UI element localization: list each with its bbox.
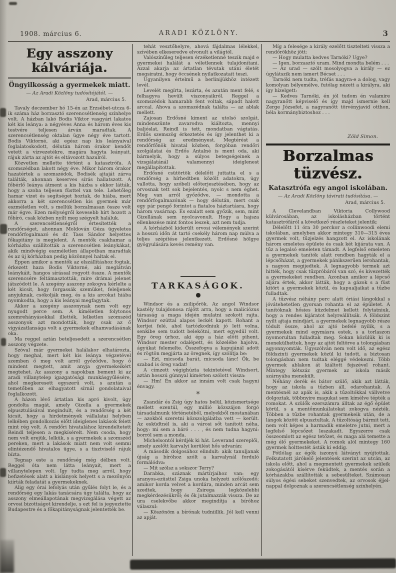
article-subtitle: Öngyilkosság a gyermekek miatt. <box>8 82 131 90</box>
tarkasagok-part2: Zsandár és Zsig úgy hatos belül, közisme… <box>137 400 259 521</box>
paragraph: — Az urad — szólt mosolyogva a király — … <box>266 66 390 77</box>
paragraph: Tavaly deczember hó 15-én az Erzsébet-ut… <box>8 106 131 161</box>
page-number: 3 <box>383 29 388 38</box>
paragraph: Éppen amikor a mentők az elszállításhoz … <box>8 260 131 304</box>
paragraph: Zajosan Erdősné kiment az utolsó szolgát… <box>137 116 259 171</box>
paragraph: Ma reggel aztán beteljesedett a szerencs… <box>8 337 131 348</box>
fire-article-title: Borzalmas tüzvész. <box>266 148 390 183</box>
dialog-continuation: Míg a felesége a király ezelőtt tisztelt… <box>266 44 390 132</box>
paragraph: A házon lévő ártatlan kis apró kivolt, ú… <box>8 397 131 458</box>
paragraph: Ugyanilyen értelmű a berlinijükhöz intéz… <box>137 77 259 88</box>
article-body-col1: Tavaly deczember hó 15-én az Erzsébet-ut… <box>8 106 131 513</box>
paragraph: Pótlólag az égők iszonyú látványt nyújto… <box>266 451 390 490</box>
masthead-rule <box>8 41 390 42</box>
paragraph: Néhány derék és bátor szülő, akik azt lá… <box>266 379 390 451</box>
article-body-col2: tehát vesztőhelyre, ahová fájdalmas léle… <box>137 44 259 272</box>
author-signature: Zöld Simon. <box>266 134 390 140</box>
section-heading: TARKASÁGOK. <box>137 281 259 291</box>
paragraph: Közvetlen mellette történt a katasztrófa… <box>8 161 131 222</box>
scan-speck <box>0 108 6 117</box>
column-2: tehát vesztőhelyre, ahová fájdalmas léle… <box>137 44 259 556</box>
paragraph: — Kedves Tarnóki, én jól tudom én valami… <box>266 94 390 116</box>
paragraph: — Köszönöm a bírónak tudniillik. Jól kel… <box>137 510 259 521</box>
column-divider <box>132 44 133 556</box>
scan-corner-smudge <box>0 540 14 573</box>
paragraph: Szóval már gyermekei halálakor elhatároz… <box>8 348 131 398</box>
newspaper-page: 1908. március 6. ARADI KÖZLÖNY. 3 Egy as… <box>0 0 396 573</box>
paragraph: A tűzvész néhány perc alatt óriási lángo… <box>266 297 390 380</box>
fire-article-byline: — Az Aradi Közlöny távirati tudósítása. … <box>266 194 390 200</box>
scan-speck <box>9 2 17 5</box>
paragraph: Valószínűleg teljesen érzéketlenné teszi… <box>137 55 259 77</box>
newspaper-title: ARADI KÖZLÖNY. <box>8 30 390 37</box>
paragraph: Zsandár és Zsig úgy hatos belül, közisme… <box>137 400 259 439</box>
fire-article-body: A Clevelandban Viktoria Collywood külvár… <box>266 209 390 490</box>
article-byline: — Az Aradi Közlöny tudósítójától. — <box>8 91 131 97</box>
paragraph: Míg a felesége a király ezelőtt tisztelt… <box>266 44 390 55</box>
paragraph: Akkor a szegény asszonynak nem volt egy … <box>8 304 131 337</box>
title-rule <box>8 78 131 79</box>
scan-bottom-bar <box>130 558 396 569</box>
column-3: Míg a felesége a király ezelőtt tisztelt… <box>266 44 390 556</box>
paragraph: Windsor és a zsilipőrök. Az angol Windso… <box>137 302 259 357</box>
scan-edge-shadow <box>0 0 7 573</box>
paragraph: A szerencsétlenségről értesítették a ren… <box>8 221 131 260</box>
paragraph: Erdősné csütörtök délelőtt juttatta el s… <box>137 171 259 226</box>
scan-speck <box>1 338 6 346</box>
scan-speck <box>0 224 7 234</box>
paragraph: — Ezt, micsoda barát, micsoda lánc! Ők, … <box>137 357 259 368</box>
paragraph: A címzett végighúzta tekintetével Windso… <box>137 368 259 379</box>
paragraph: A kórházból kiderült orvosi vélemények s… <box>137 226 259 248</box>
paragraph: Michelsontól kérdjék ki hát. Leverand sz… <box>137 438 259 449</box>
paragraph: Alig egy órai lefolyás után gyűlés folyt… <box>8 485 131 513</box>
paragraph: tehát vesztőhelyre, ahová fájdalmas léle… <box>137 44 259 55</box>
paragraph: A második dolgosához elindult: akik tanu… <box>137 449 259 466</box>
fire-article-dateline: Arad, március 5. <box>266 200 390 206</box>
article-dateline: Arad, március 5. <box>8 97 131 103</box>
column-divider <box>261 44 262 556</box>
scan-speck <box>0 468 6 477</box>
article-end-rule <box>181 276 216 277</box>
tarkasagok-dialog-close: — Hm! Én akkor az innám volt csak hagyni… <box>137 379 259 390</box>
headline-rule <box>266 144 390 146</box>
paragraph: Tarnóki nem tudta, tréfás nagyra-e a dol… <box>266 77 390 94</box>
paragraph: A Clevelandban Viktoria Collywood külvár… <box>266 209 390 226</box>
paragraph: Darabka, száznak mártírjaihoz van: egy a… <box>137 471 259 510</box>
paragraph: Délelőtt 11 óra 30 perckor a collinwoodi… <box>266 225 390 297</box>
tarkasagok-part1: Windsor és a zsilipőrök. Az angol Windso… <box>137 302 259 379</box>
article-title: Egy asszony kálváriája. <box>8 46 131 75</box>
column-1: Egy asszony kálváriája. Öngyilkosság a g… <box>8 44 131 556</box>
star-divider: * <box>137 392 259 398</box>
fire-article-subtitle: Katasztrófa egy angol iskolában. <box>266 185 390 193</box>
paragraph: Levelét megírta, lezárta, és azután ment… <box>137 88 259 116</box>
section-ornament-dot <box>196 293 201 298</box>
paragraph: Tegnap este a rendőrség még délben volt.… <box>8 458 131 486</box>
